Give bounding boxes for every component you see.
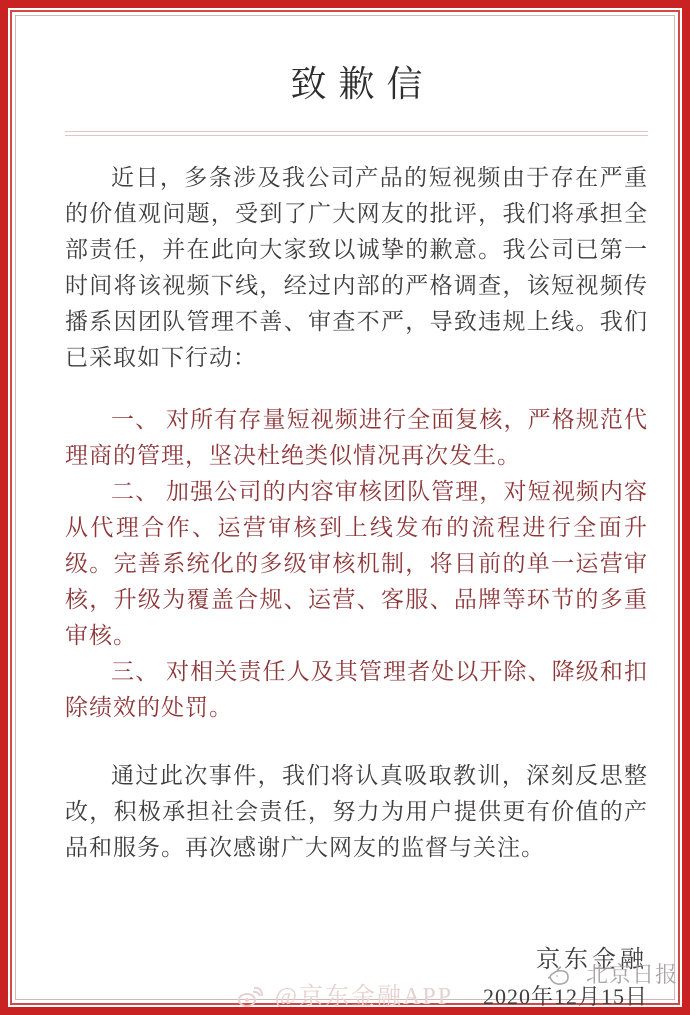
closing-paragraph: 通过此次事件，我们将认真吸取教训，深刻反思整改，积极承担社会责任，努力为用户提供…	[65, 758, 648, 866]
weibo-icon	[237, 984, 275, 1010]
action-item-2: 二、 加强公司的内容审核团队管理，对短视频内容从代理合作、运营审核到上线发布的流…	[65, 474, 648, 654]
beijing-daily-label: 北京日报	[586, 962, 678, 987]
action-item-1: 一、 对所有存量短视频进行全面复核，严格规范代理商的管理，坚决杜绝类似情况再次发…	[65, 402, 648, 474]
title-separator-double-line	[65, 131, 648, 136]
letter-title: 致歉信	[65, 56, 648, 107]
weibo-handle-text: @京东金融APP	[275, 984, 453, 1010]
beijing-daily-logo: 北京日报	[548, 958, 678, 989]
bird-icon	[548, 962, 586, 987]
intro-paragraph: 近日，多条涉及我公司产品的短视频由于存在严重的价值观问题，受到了广大网友的批评，…	[65, 160, 648, 376]
action-item-3: 三、 对相关责任人及其管理者处以开除、降级和扣除绩效的处罚。	[65, 654, 648, 726]
apology-letter-page: 致歉信 近日，多条涉及我公司产品的短视频由于存在严重的价值观问题，受到了广大网友…	[0, 0, 690, 1015]
letter-content: 致歉信 近日，多条涉及我公司产品的短视频由于存在严重的价值观问题，受到了广大网友…	[16, 16, 674, 999]
